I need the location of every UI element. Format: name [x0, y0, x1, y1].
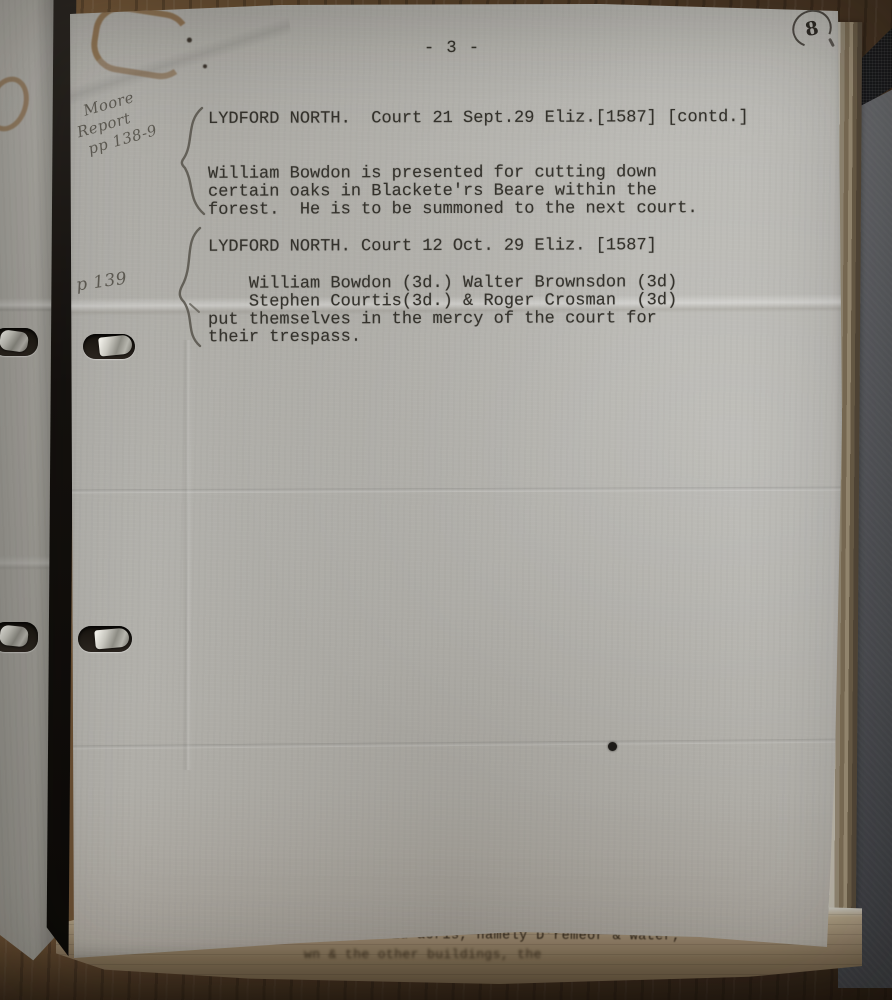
typed-document-page: 8 - 3 - LYDFORD NORTH. Court 21 Sept.29 …: [64, 0, 848, 962]
fastener-metal-clip: [0, 625, 29, 648]
pencil-circle: 8: [786, 3, 838, 53]
peeking-typed-text-line2: wn & the other buildings, the: [304, 947, 542, 962]
binder-fastener-left-top: [0, 328, 38, 356]
pencil-brace-1: [182, 108, 204, 214]
binder-fastener-main-top: [83, 334, 135, 359]
fastener-metal-clip: [0, 329, 29, 353]
archive-photo: part-in, excepting the two forests-1d ac…: [0, 0, 892, 1000]
rust-mark-left-page: [0, 71, 36, 137]
vertical-crease: [182, 340, 192, 770]
entry-1-heading: LYDFORD NORTH. Court 21 Sept.29 Eliz.[15…: [208, 109, 749, 129]
pencil-tick-stroke: [190, 304, 199, 312]
pencil-braces: [160, 100, 220, 360]
corner-page-number: 8: [804, 17, 821, 41]
entry-2-body-line: their trespass.: [208, 329, 361, 348]
entry-1-body-line: forest. He is to be summoned to the next…: [208, 200, 698, 220]
page-number: - 3 -: [424, 40, 480, 58]
ink-dot: [608, 742, 617, 751]
entry-2-heading: LYDFORD NORTH. Court 12 Oct. 29 Eliz. [1…: [208, 237, 657, 257]
pencil-tick: [828, 38, 835, 47]
binder-fastener-left-bottom: [0, 622, 38, 652]
entry-2-body-line: put themselves in the mercy of the court…: [208, 310, 657, 330]
binder-fastener-main-bottom: [78, 626, 132, 652]
pencil-brace-2: [180, 228, 200, 346]
fastener-metal-clip: [94, 628, 130, 650]
corner-page-mark: 8: [792, 10, 844, 56]
fastener-metal-clip: [98, 334, 133, 356]
